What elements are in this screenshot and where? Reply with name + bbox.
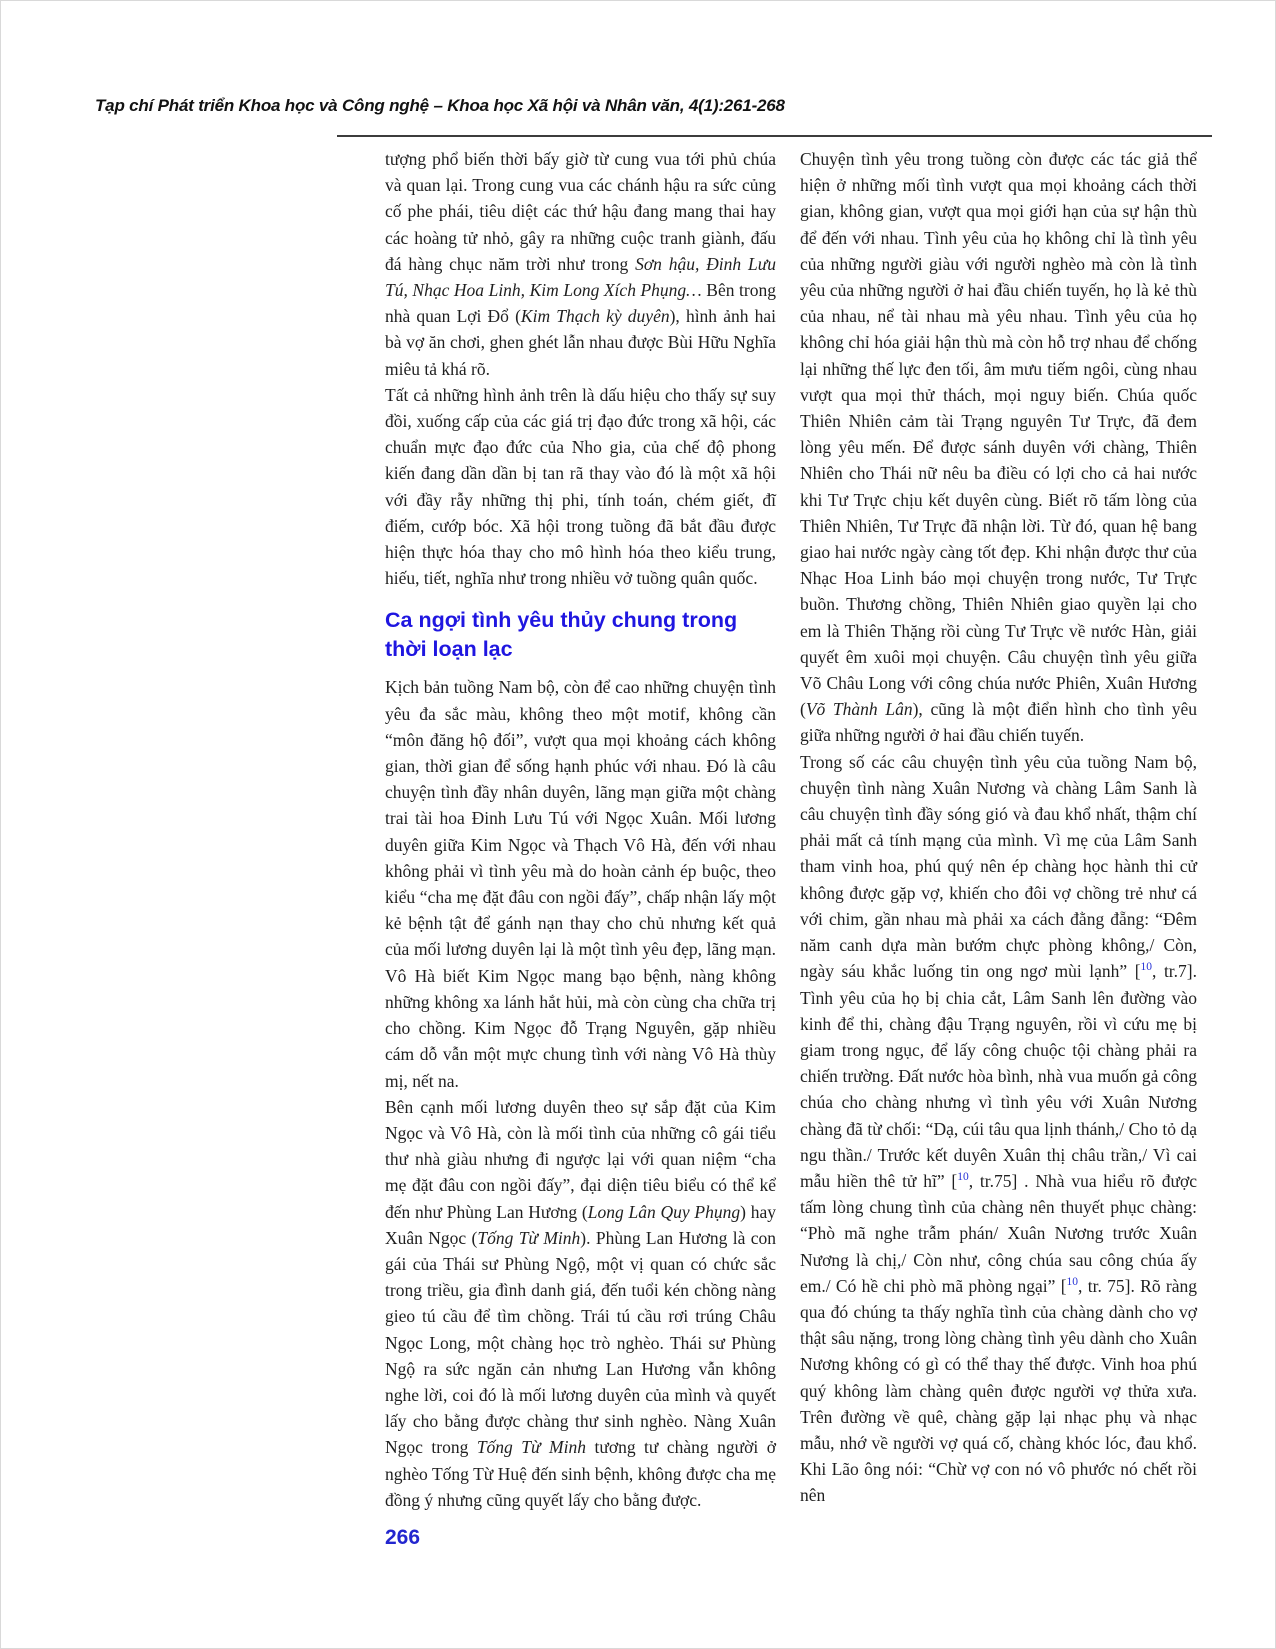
italic-title-run: Long Lân Quy Phụng — [588, 1202, 740, 1222]
italic-title-run: Kim Thạch kỳ duyên — [521, 306, 670, 326]
citation-reference[interactable]: 10 — [1067, 1276, 1079, 1288]
citation-reference[interactable]: 10 — [957, 1171, 969, 1183]
right-column: Chuyện tình yêu trong tuồng còn được các… — [800, 146, 1197, 1509]
text-run: ). Phùng Lan Hương là con gái của Thái s… — [385, 1228, 776, 1458]
text-run: , tr.7]. Tình yêu của họ bị chia cắt, Lâ… — [800, 961, 1197, 1191]
paragraph: Tất cả những hình ảnh trên là dấu hiệu c… — [385, 382, 776, 592]
section-heading: Ca ngợi tình yêu thủy chung trong thời l… — [385, 606, 776, 664]
page-number: 266 — [385, 1526, 420, 1550]
italic-title-run: Võ Thành Lân — [806, 699, 913, 719]
left-column: tượng phổ biến thời bấy giờ từ cung vua … — [385, 146, 776, 1513]
italic-title-run: Tống Từ Minh — [477, 1437, 586, 1457]
text-run: Kịch bản tuồng Nam bộ, còn để cao những … — [385, 677, 776, 1090]
text-run: Chuyện tình yêu trong tuồng còn được các… — [800, 149, 1197, 719]
paragraph: Chuyện tình yêu trong tuồng còn được các… — [800, 146, 1197, 749]
text-run: Tất cả những hình ảnh trên là dấu hiệu c… — [385, 385, 776, 588]
text-run: , tr. 75]. Rõ ràng qua đó chúng ta thấy … — [800, 1276, 1197, 1506]
text-run: Trong số các câu chuyện tình yêu của tuồ… — [800, 752, 1197, 982]
journal-header: Tạp chí Phát triển Khoa học và Công nghệ… — [95, 96, 995, 116]
journal-page: Tạp chí Phát triển Khoa học và Công nghệ… — [0, 0, 1276, 1649]
paragraph: Bên cạnh mối lương duyên theo sự sắp đặt… — [385, 1094, 776, 1513]
citation-reference[interactable]: 10 — [1141, 961, 1153, 973]
paragraph: Trong số các câu chuyện tình yêu của tuồ… — [800, 749, 1197, 1509]
header-divider — [337, 135, 1212, 137]
paragraph: Kịch bản tuồng Nam bộ, còn để cao những … — [385, 674, 776, 1093]
italic-title-run: Tống Từ Minh — [477, 1228, 580, 1248]
paragraph: tượng phổ biến thời bấy giờ từ cung vua … — [385, 146, 776, 382]
